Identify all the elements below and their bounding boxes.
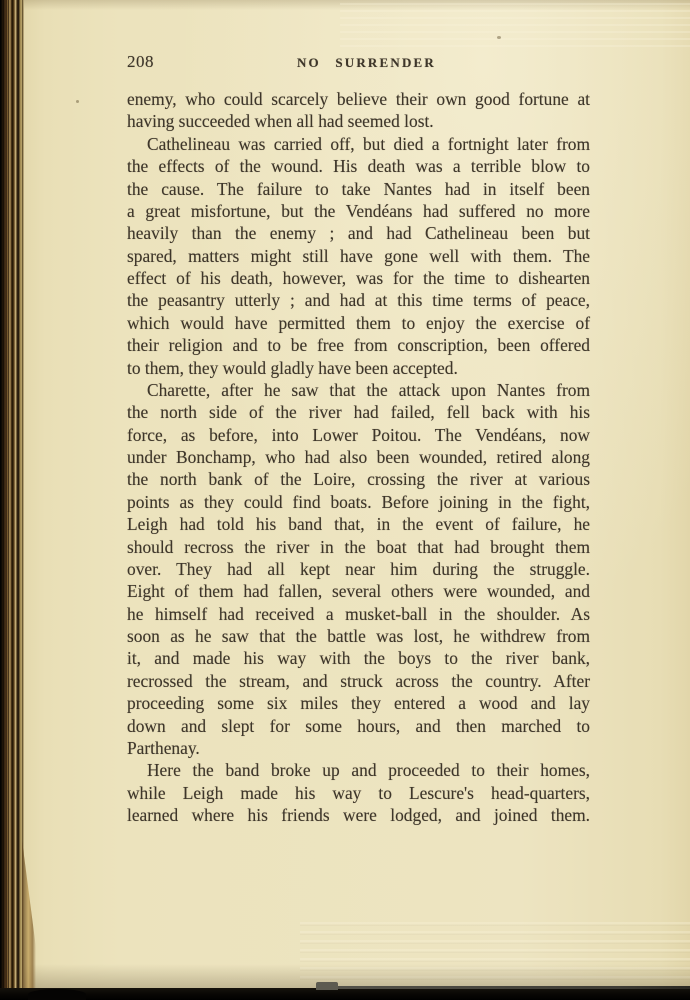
- page-edge-streaks-top: [340, 3, 690, 49]
- text-line: their religion and to be free from consc…: [127, 334, 590, 356]
- text-line: Here the band broke up and proceeded to …: [127, 759, 590, 781]
- text-line: down and slept for some hours, and then …: [127, 715, 590, 737]
- running-title: NO SURRENDER: [297, 55, 436, 71]
- text-line: spared, matters might still have gone we…: [127, 245, 590, 267]
- text-line: which would have permitted them to enjoy…: [127, 312, 590, 334]
- text-line: proceeding some six miles they entered a…: [127, 692, 590, 714]
- text-line: over. They had all kept near him during …: [127, 558, 590, 580]
- text-line: enemy, who could scarcely believe their …: [127, 88, 590, 110]
- text-line: force, as before, into Lower Poitou. The…: [127, 424, 590, 446]
- page-speck: [497, 36, 501, 39]
- text-line: the peasantry utterly ; and had at this …: [127, 289, 590, 311]
- text-line: Charette, after he saw that the attack u…: [127, 379, 590, 401]
- text-line: the cause. The failure to take Nantes ha…: [127, 178, 590, 200]
- page-number: 208: [127, 52, 154, 72]
- text-line: effect of his death, however, was for th…: [127, 267, 590, 289]
- body-text: enemy, who could scarcely believe their …: [127, 88, 590, 826]
- text-line: it, and made his way with the boys to th…: [127, 647, 590, 669]
- text-line: learned where his friends were lodged, a…: [127, 804, 590, 826]
- text-line: Eight of them had fallen, several others…: [127, 580, 590, 602]
- text-line: soon as he saw that the battle was lost,…: [127, 625, 590, 647]
- text-line: Cathelineau was carried off, but died a …: [127, 133, 590, 155]
- scanned-book-photo: { "page_header": { "page_number": "208",…: [0, 0, 690, 1000]
- text-line: a great misfortune, but the Vendéans had…: [127, 200, 590, 222]
- text-line: Leigh had told his band that, in the eve…: [127, 513, 590, 535]
- text-line: heavily than the enemy ; and had Catheli…: [127, 222, 590, 244]
- table-edge-line: [330, 986, 690, 989]
- bottom-corner-shadow: [28, 989, 86, 1000]
- text-line: while Leigh made his way to Lescure's he…: [127, 782, 590, 804]
- text-line: should recross the river in the boat tha…: [127, 536, 590, 558]
- text-line: the effects of the wound. His death was …: [127, 155, 590, 177]
- text-line: under Bonchamp, who had also been wounde…: [127, 446, 590, 468]
- text-line: points as they could find boats. Before …: [127, 491, 590, 513]
- book-binding-edge: [0, 0, 24, 1000]
- text-line: the north side of the river had failed, …: [127, 401, 590, 423]
- page-speck: [76, 100, 79, 103]
- text-line: recrossed the stream, and struck across …: [127, 670, 590, 692]
- table-edge-tab: [316, 982, 338, 990]
- text-line: the north bank of the Loire, crossing th…: [127, 468, 590, 490]
- book-bottom-edge: [0, 988, 690, 1000]
- page-header: 208 NO SURRENDER: [127, 52, 590, 74]
- text-line: he himself had received a musket-ball in…: [127, 603, 590, 625]
